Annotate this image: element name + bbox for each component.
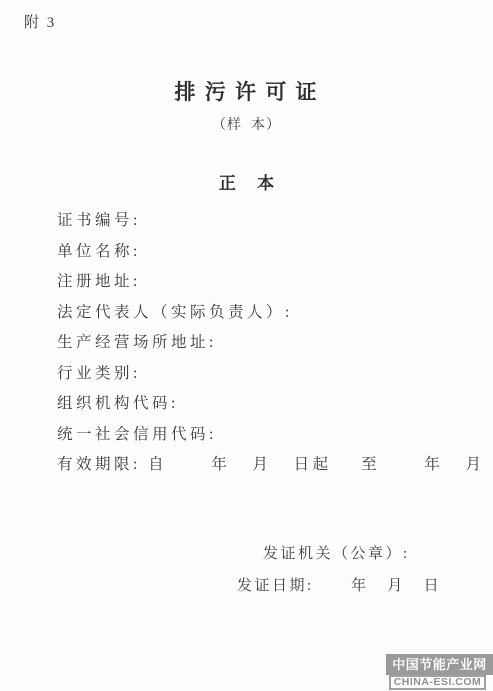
issue-date-label: 发证日期: 年 月 日 <box>237 574 441 595</box>
watermark-site-name: 中国节能产业网 <box>386 654 493 675</box>
document-title: 排 污 许 可 证 <box>0 76 493 106</box>
document-subtitle-sample: （样 本） <box>0 114 493 134</box>
attachment-number-label: 附 3 <box>24 11 56 32</box>
field-legal-representative: 法定代表人（实际负责人）: <box>57 298 483 329</box>
field-validity-period: 有效期限: 自 年 月 日起 至 年 月 日止 <box>57 450 483 481</box>
site-watermark: 中国节能产业网 CHINA-ESI.COM <box>386 654 493 690</box>
copy-type-original-label: 正 本 <box>0 169 493 194</box>
field-certificate-number: 证书编号: <box>57 206 483 237</box>
field-list: 证书编号: 单位名称: 注册地址: 法定代表人（实际负责人）: 生产经营场所地址… <box>57 206 483 481</box>
field-production-site-address: 生产经营场所地址: <box>57 328 483 359</box>
watermark-site-url: CHINA-ESI.COM <box>389 675 486 690</box>
permit-document-page: 附 3 排 污 许 可 证 （样 本） 正 本 证书编号: 单位名称: 注册地址… <box>0 0 493 691</box>
field-industry-category: 行业类别: <box>57 359 483 390</box>
issuing-authority-label: 发证机关（公章）: <box>263 542 410 563</box>
field-unit-name: 单位名称: <box>57 237 483 268</box>
field-unified-social-credit-code: 统一社会信用代码: <box>57 420 483 451</box>
field-organization-code: 组织机构代码: <box>57 389 483 420</box>
field-registered-address: 注册地址: <box>57 267 483 298</box>
